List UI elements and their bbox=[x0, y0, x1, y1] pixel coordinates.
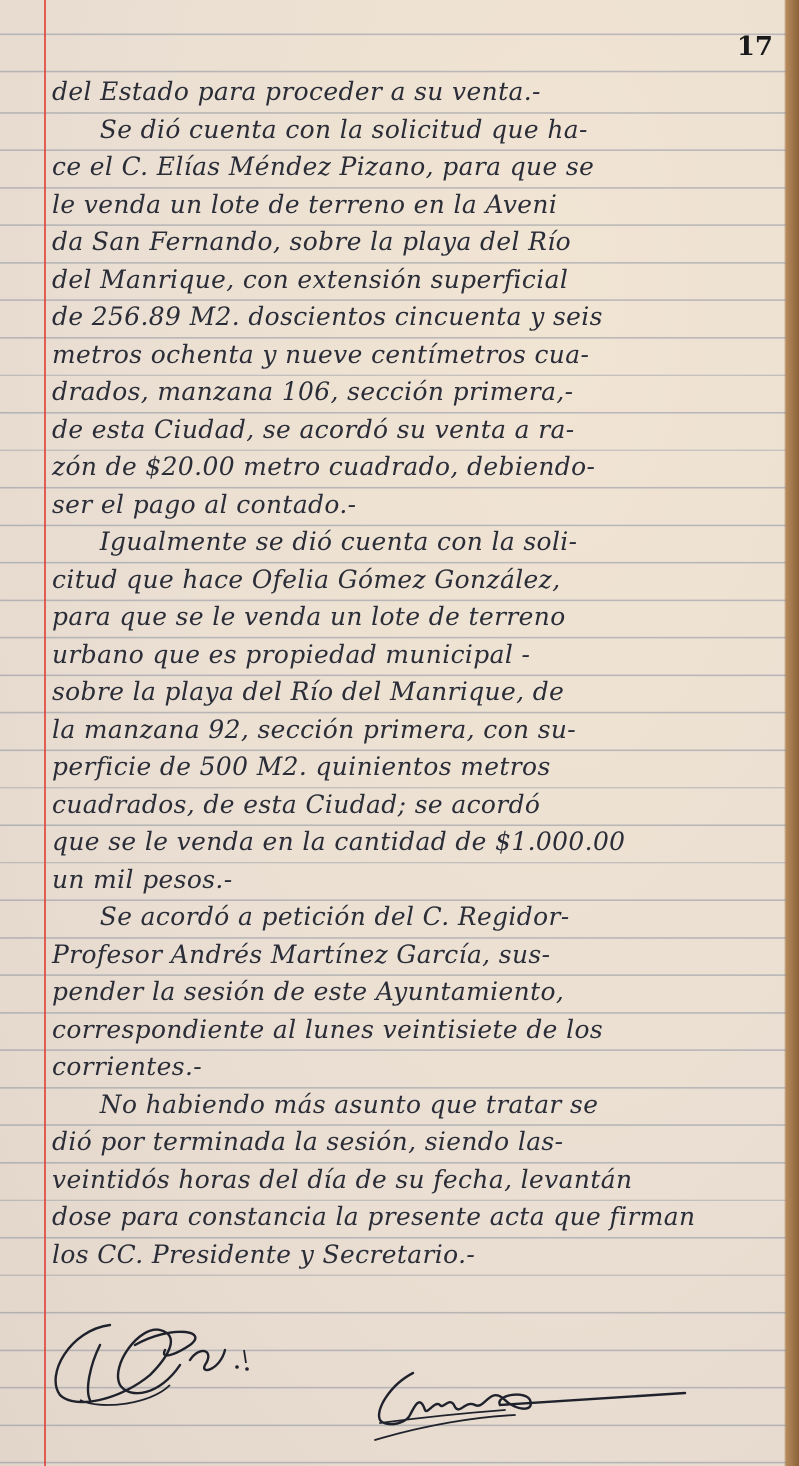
text-line: corrientes.- bbox=[52, 1048, 774, 1086]
text-line: correspondiente al lunes veintisiete de … bbox=[52, 1011, 774, 1049]
text-line: de 256.89 M2. doscientos cincuenta y sei… bbox=[52, 298, 774, 336]
text-line: del Manrique, con extensión superficial bbox=[52, 261, 774, 299]
text-line: veintidós horas del día de su fecha, lev… bbox=[52, 1161, 774, 1199]
text-line: pender la sesión de este Ayuntamiento, bbox=[52, 973, 774, 1011]
presidente-signature bbox=[40, 1305, 300, 1415]
text-line: Se dió cuenta con la solicitud que ha- bbox=[52, 111, 774, 149]
signature-scribble-icon bbox=[40, 1305, 300, 1415]
ledger-page: 17 del Estado para proceder a su venta.-… bbox=[0, 0, 799, 1466]
text-line: los CC. Presidente y Secretario.- bbox=[52, 1236, 774, 1274]
text-line: de esta Ciudad, se acordó su venta a ra- bbox=[52, 411, 774, 449]
text-line: la manzana 92, sección primera, con su- bbox=[52, 711, 774, 749]
text-line: dose para constancia la presente acta qu… bbox=[52, 1198, 774, 1236]
text-line: un mil pesos.- bbox=[52, 861, 774, 899]
text-line: citud que hace Ofelia Gómez González, bbox=[52, 561, 774, 599]
text-line: No habiendo más asunto que tratar se bbox=[52, 1086, 774, 1124]
text-line: Se acordó a petición del C. Regidor- bbox=[52, 898, 774, 936]
text-line: para que se le venda un lote de terreno bbox=[52, 598, 774, 636]
text-line: del Estado para proceder a su venta.- bbox=[52, 73, 774, 111]
text-line: dió por terminada la sesión, siendo las- bbox=[52, 1123, 774, 1161]
handwritten-minutes: del Estado para proceder a su venta.- Se… bbox=[52, 73, 777, 1273]
red-margin-line bbox=[44, 0, 46, 1466]
text-line: zón de $20.00 metro cuadrado, debiendo- bbox=[52, 448, 774, 486]
text-line: Profesor Andrés Martínez García, sus- bbox=[52, 936, 774, 974]
text-line: Igualmente se dió cuenta con la soli- bbox=[52, 523, 774, 561]
text-line: perficie de 500 M2. quinientos metros bbox=[52, 748, 774, 786]
text-line: sobre la playa del Río del Manrique, de bbox=[52, 673, 774, 711]
page-number: 17 bbox=[737, 32, 773, 62]
text-line: cuadrados, de esta Ciudad; se acordó bbox=[52, 786, 774, 824]
text-line: ser el pago al contado.- bbox=[52, 486, 774, 524]
text-line: ce el C. Elías Méndez Pizano, para que s… bbox=[52, 148, 774, 186]
secretario-signature bbox=[365, 1365, 695, 1455]
text-line: le venda un lote de terreno en la Aveni bbox=[52, 186, 774, 224]
text-line: metros ochenta y nueve centímetros cua- bbox=[52, 336, 774, 374]
text-line: urbano que es propiedad municipal - bbox=[52, 636, 774, 674]
text-line: que se le venda en la cantidad de $1.000… bbox=[52, 823, 774, 861]
signature-scribble-icon bbox=[365, 1365, 695, 1455]
text-line: drados, manzana 106, sección primera,- bbox=[52, 373, 774, 411]
text-line: da San Fernando, sobre la playa del Río bbox=[52, 223, 774, 261]
